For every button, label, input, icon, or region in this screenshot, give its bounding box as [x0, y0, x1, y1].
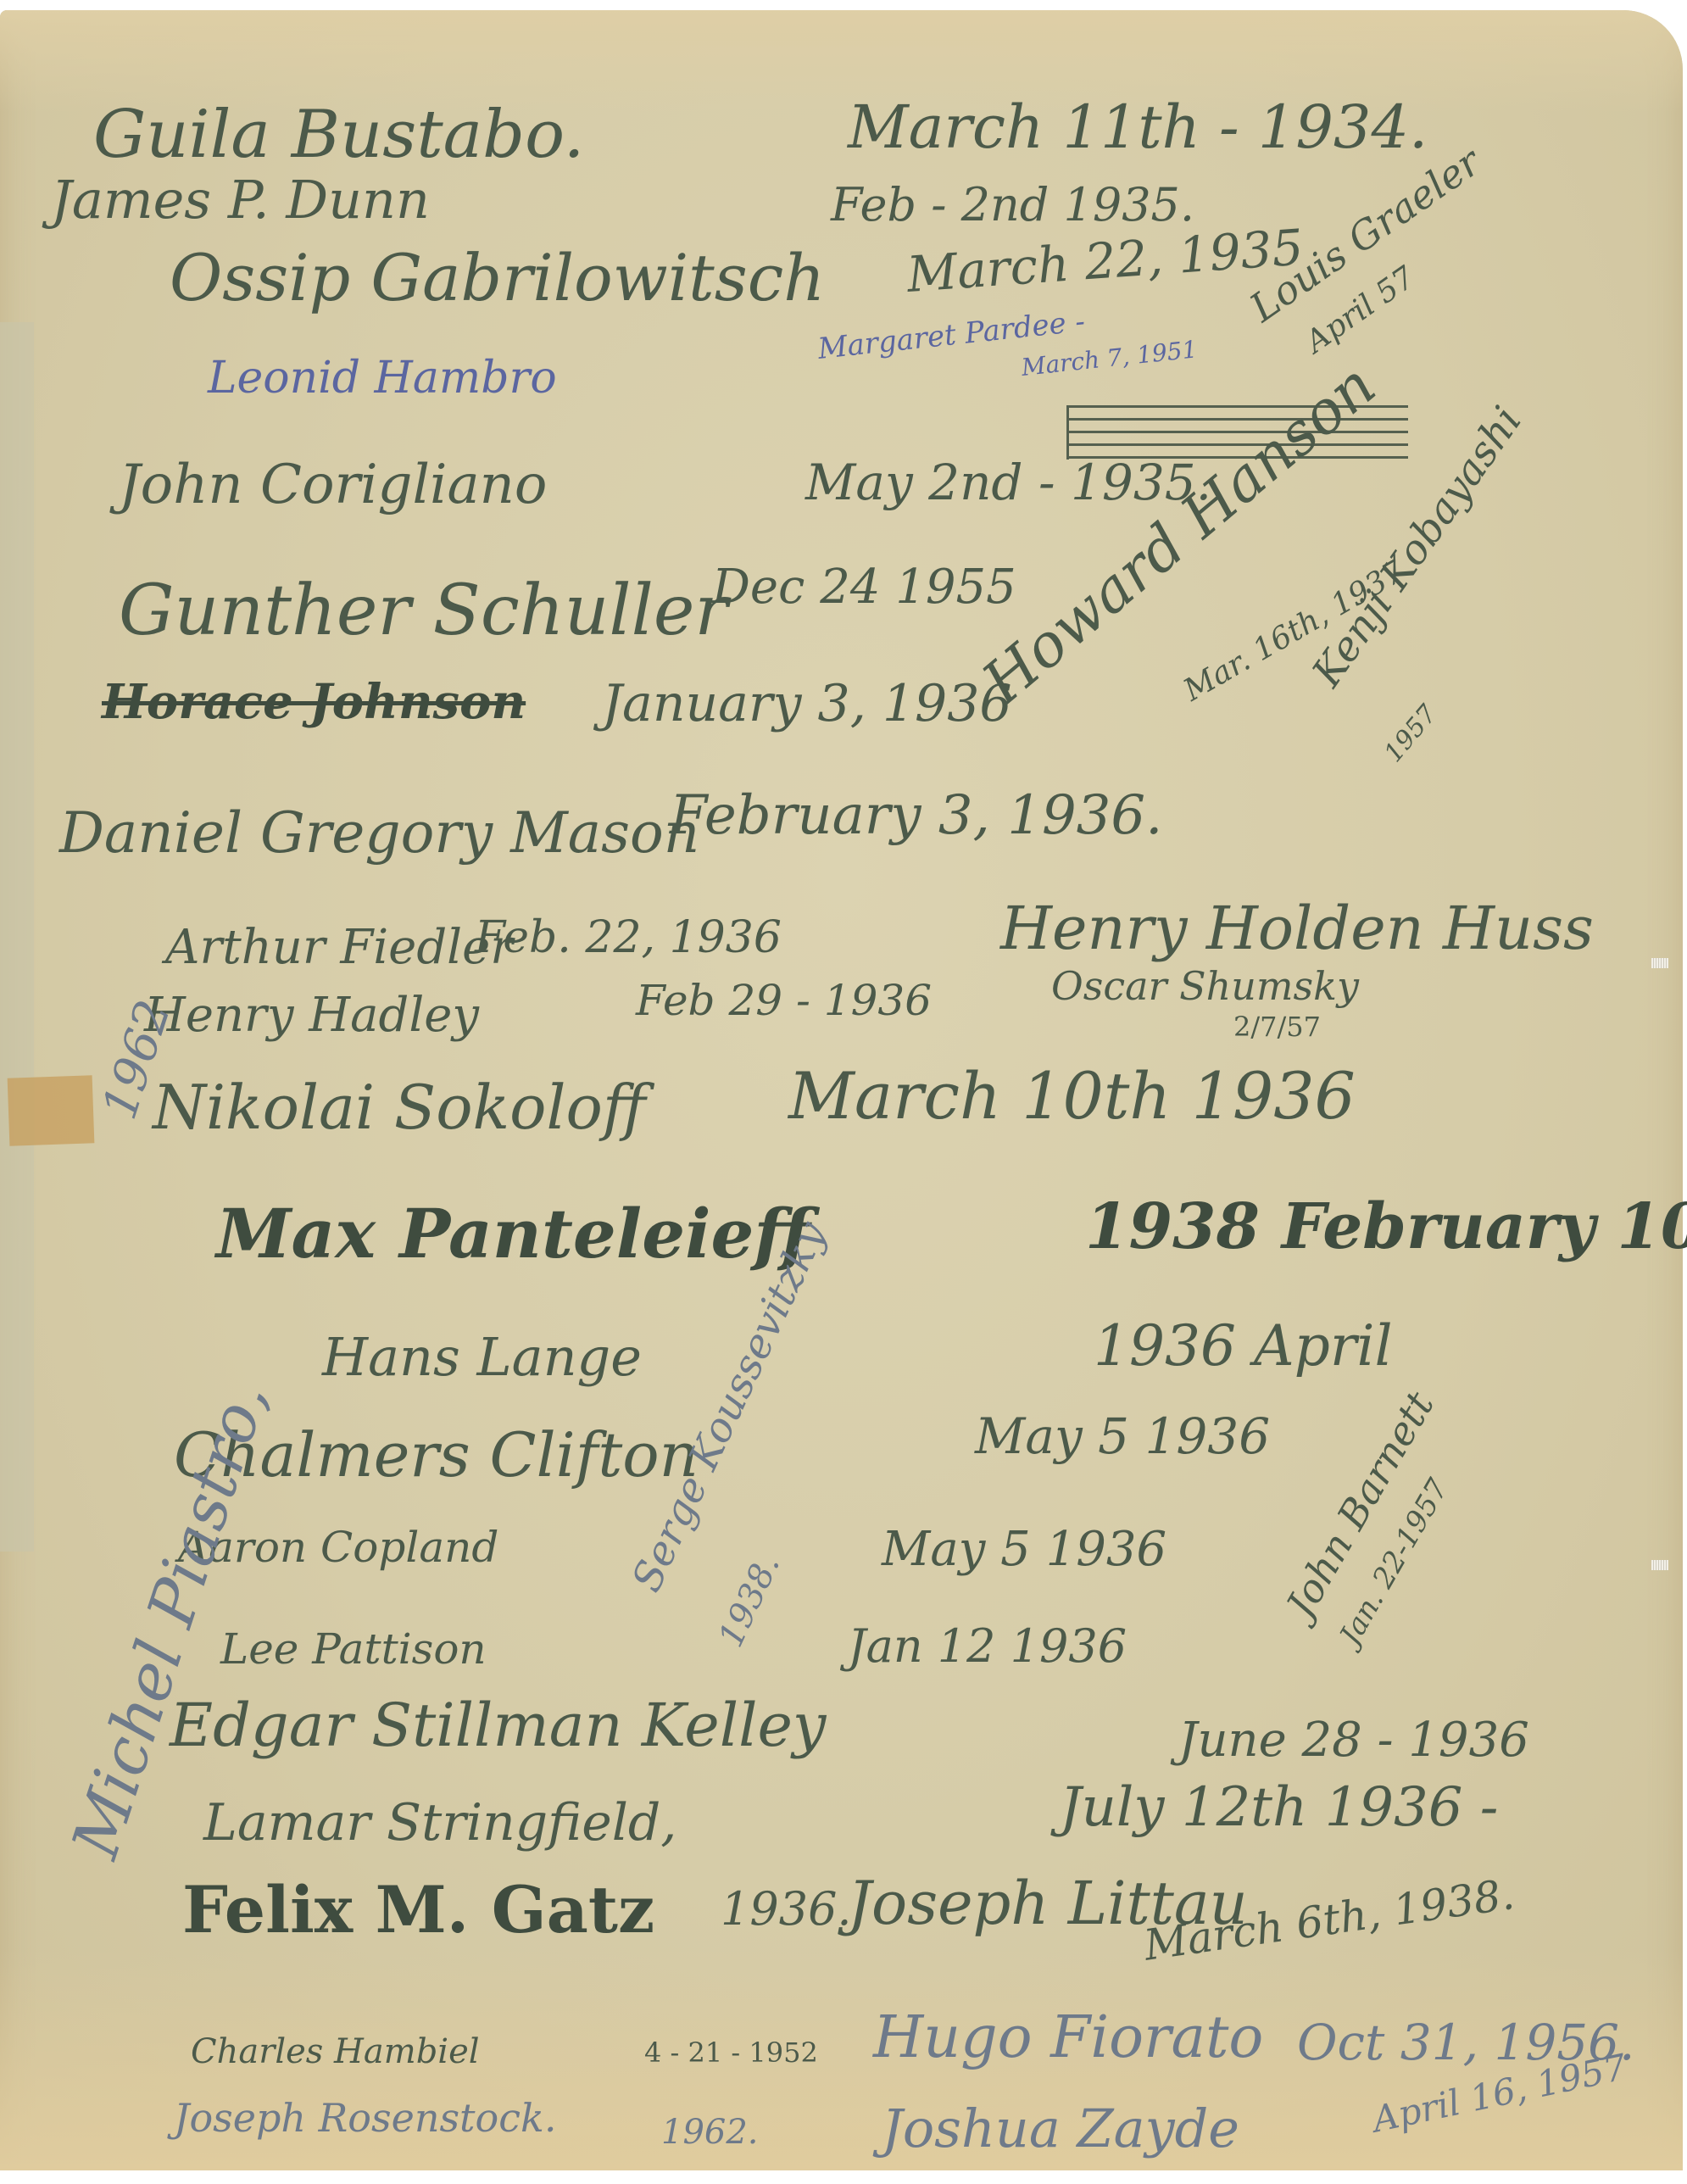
signature-name: Nikolai Sokoloff — [153, 1077, 646, 1138]
signature-date: 1962. — [661, 2115, 759, 2149]
signature-name: Hugo Fiorato — [873, 2009, 1263, 2067]
signature-name: Leonid Hambro — [208, 356, 557, 400]
signature-name: Oscar Shumsky — [1051, 967, 1359, 1006]
signature-date: May 5 1936 — [975, 1412, 1270, 1461]
signature-date: May 5 1936 — [882, 1526, 1166, 1574]
signature-name: Max Panteleieff — [216, 1200, 810, 1267]
binding-strip — [0, 322, 34, 1552]
signature-date: Dec 24 1955 — [712, 564, 1016, 611]
signature-date: March 10th 1936 — [788, 1064, 1356, 1128]
signature-name: Charles Hambiel — [191, 2035, 480, 2069]
signature-date: 2/7/57 — [1233, 1013, 1321, 1040]
signature-date: Jan 12 1936 — [848, 1624, 1127, 1669]
signature-date: May 2nd - 1935. — [805, 458, 1211, 507]
binding-thread-bottom — [1651, 1560, 1668, 1570]
signature-name: James P. Dunn — [51, 174, 430, 226]
signature-date: 1936 April — [1094, 1318, 1393, 1374]
signature-date: Feb. 22, 1936 — [475, 916, 782, 960]
tape-residue — [8, 1075, 95, 1145]
signature-date: 4 - 21 - 1952 — [644, 2039, 818, 2066]
signature-date: January 3, 1936 — [602, 678, 1012, 729]
signature-name: John Corigliano — [119, 458, 547, 512]
signature-date: February 3, 1936. — [670, 788, 1162, 843]
signature-name: Ossip Gabrilowitsch — [170, 246, 825, 310]
signature-name: Guila Bustabo. — [93, 102, 584, 168]
signature-date: Feb 29 - 1936 — [636, 979, 932, 1022]
signature-date: March 11th - 1934. — [848, 97, 1428, 157]
signature-name: Lee Pattison — [220, 1628, 487, 1670]
signature-name: Gunther Schuller — [119, 577, 728, 646]
signature-date: July 12th 1936 - — [1060, 1780, 1498, 1835]
signature-name: Daniel Gregory Mason — [59, 805, 699, 861]
signature-name: Henry Hadley — [144, 992, 479, 1039]
signature-date: June 28 - 1936 — [1178, 1717, 1529, 1764]
signature-date: Feb - 2nd 1935. — [831, 182, 1194, 228]
binding-thread-top — [1651, 958, 1668, 968]
signature-date: 1938 February 10 — [1085, 1195, 1687, 1258]
signature-name: Henry Holden Huss — [1000, 899, 1594, 958]
signature-name: Joshua Zayde — [882, 2103, 1239, 2155]
signature-name: Lamar Stringfield, — [203, 1797, 676, 1848]
signature-name: Felix M. Gatz — [182, 1878, 654, 1942]
signature-name: Edgar Stillman Kelley — [170, 1696, 826, 1755]
signature-name: Arthur Fiedler — [165, 924, 513, 972]
signature-date: 1936. — [721, 1886, 852, 1932]
signature-name: Hans Lange — [322, 1331, 642, 1384]
signature-name: Horace Johnson — [102, 678, 526, 726]
signature-name: Joseph Rosenstock. — [174, 2098, 557, 2137]
